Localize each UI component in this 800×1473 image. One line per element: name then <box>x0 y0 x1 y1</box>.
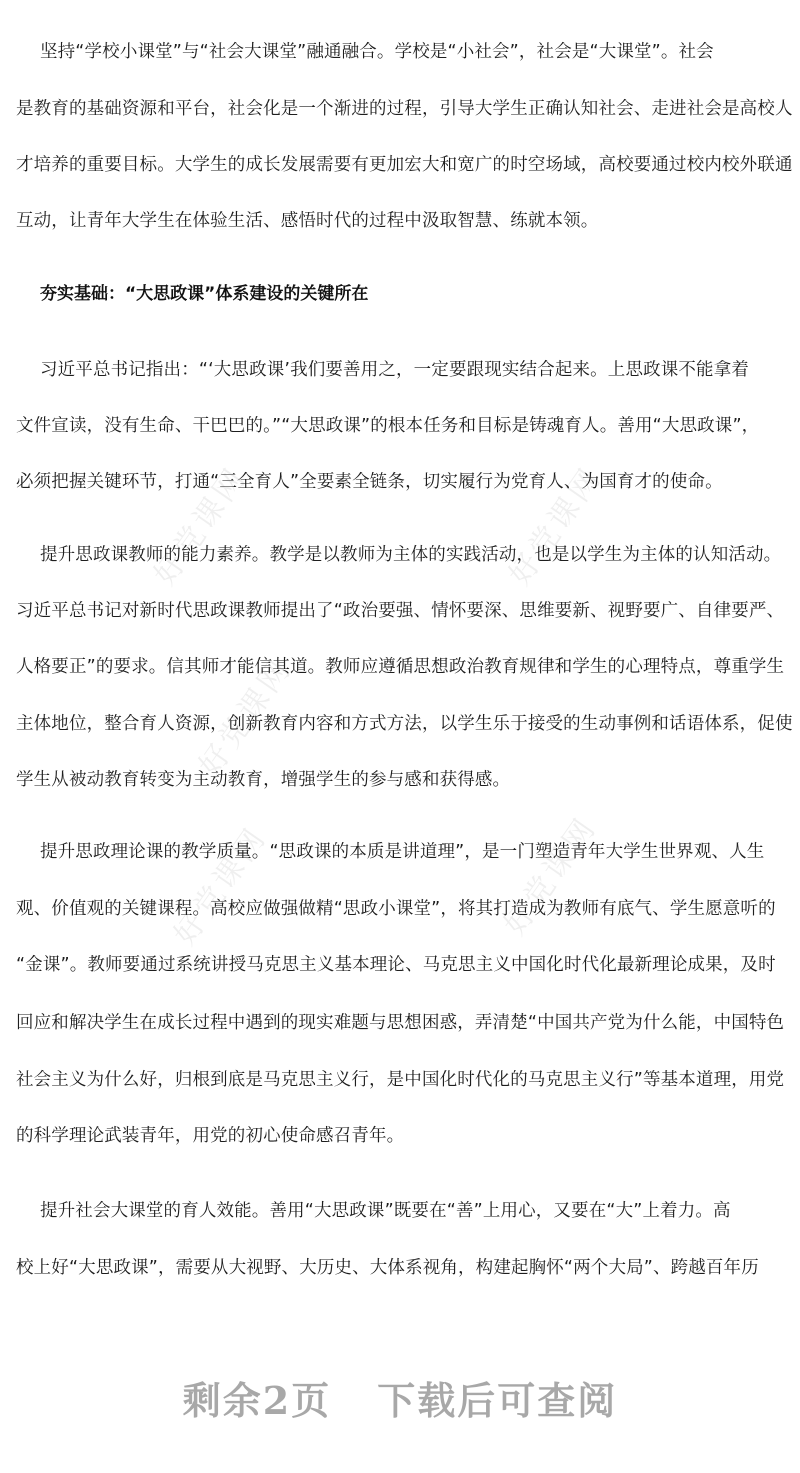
download-prompt-banner[interactable]: 剩余2页下载后可查阅 <box>0 1370 800 1425</box>
paragraph-line: 观、价值观的关键课程。高校应做强做精“思政小课堂”，将其打造成为教师有底气、学生… <box>16 897 786 921</box>
paragraph-line: 是教育的基础资源和平台，社会化是一个渐进的过程，引导大学生正确认知社会、走进社会… <box>16 97 786 121</box>
paragraph-line: 文件宣读，没有生命、干巴巴的。”“大思政课”的根本任务和目标是铸魂育人。善用“大… <box>16 414 786 438</box>
paragraph-line: 人格要正”的要求。信其师才能信其道。教师应遵循思想政治教育规律和学生的心理特点，… <box>16 655 786 679</box>
document-page: 好党课网 好党课网 好党课网 好党课网 好党课网 坚持“学校小课堂”与“社会大课… <box>0 0 800 1473</box>
paragraph-line: 习近平总书记指出：“‘大思政课’我们要善用之，一定要跟现实结合起来。上思政课不能… <box>40 358 786 382</box>
paragraph-line: 必须把握关键环节，打通“三全育人”全要素全链条，切实履行为党育人、为国育才的使命… <box>16 470 786 494</box>
paragraph-line: 提升思政理论课的教学质量。“思政课的本质是讲道理”，是一门塑造青年大学生世界观、… <box>40 840 786 864</box>
download-to-view-label[interactable]: 下载后可查阅 <box>377 1378 617 1423</box>
paragraph-line: 才培养的重要目标。大学生的成长发展需要有更加宏大和宽广的时空场域，高校要通过校内… <box>16 153 786 177</box>
paragraph-line: 主体地位，整合育人资源，创新教育内容和方式方法，以学生乐于接受的生动事例和话语体… <box>16 712 786 736</box>
paragraph-line: 校上好“大思政课”，需要从大视野、大历史、大体系视角，构建起胸怀“两个大局”、跨… <box>16 1256 786 1280</box>
paragraph-line: “金课”。教师要通过系统讲授马克思主义基本理论、马克思主义中国化时代化最新理论成… <box>16 953 786 977</box>
paragraph-line: 学生从被动教育转变为主动教育，增强学生的参与感和获得感。 <box>16 768 786 792</box>
paragraph-line: 坚持“学校小课堂”与“社会大课堂”融通融合。学校是“小社会”，社会是“大课堂”。… <box>40 40 786 64</box>
paragraph-line: 互动，让青年大学生在体验生活、感悟时代的过程中汲取智慧、练就本领。 <box>16 209 786 233</box>
paragraph-line: 提升思政课教师的能力素养。教学是以教师为主体的实践活动，也是以学生为主体的认知活… <box>40 543 786 567</box>
paragraph-line: 社会主义为什么好，归根到底是马克思主义行，是中国化时代化的马克思主义行”等基本道… <box>16 1068 786 1092</box>
paragraph-line: 提升社会大课堂的育人效能。善用“大思政课”既要在“善”上用心，又要在“大”上着力… <box>40 1199 786 1223</box>
paragraph-line: 回应和解决学生在成长过程中遇到的现实难题与思想困惑，弄清楚“中国共产党为什么能，… <box>16 1011 786 1035</box>
section-heading: 夯实基础：“大思政课”体系建设的关键所在 <box>40 282 368 306</box>
remaining-pages-label: 剩余2页 <box>183 1378 331 1423</box>
paragraph-line: 习近平总书记对新时代思政课教师提出了“政治要强、情怀要深、思维要新、视野要广、自… <box>16 599 786 623</box>
watermark: 好党课网 <box>161 816 275 953</box>
paragraph-line: 的科学理论武装青年，用党的初心使命感召青年。 <box>16 1124 786 1148</box>
watermark: 好党课网 <box>491 806 605 943</box>
